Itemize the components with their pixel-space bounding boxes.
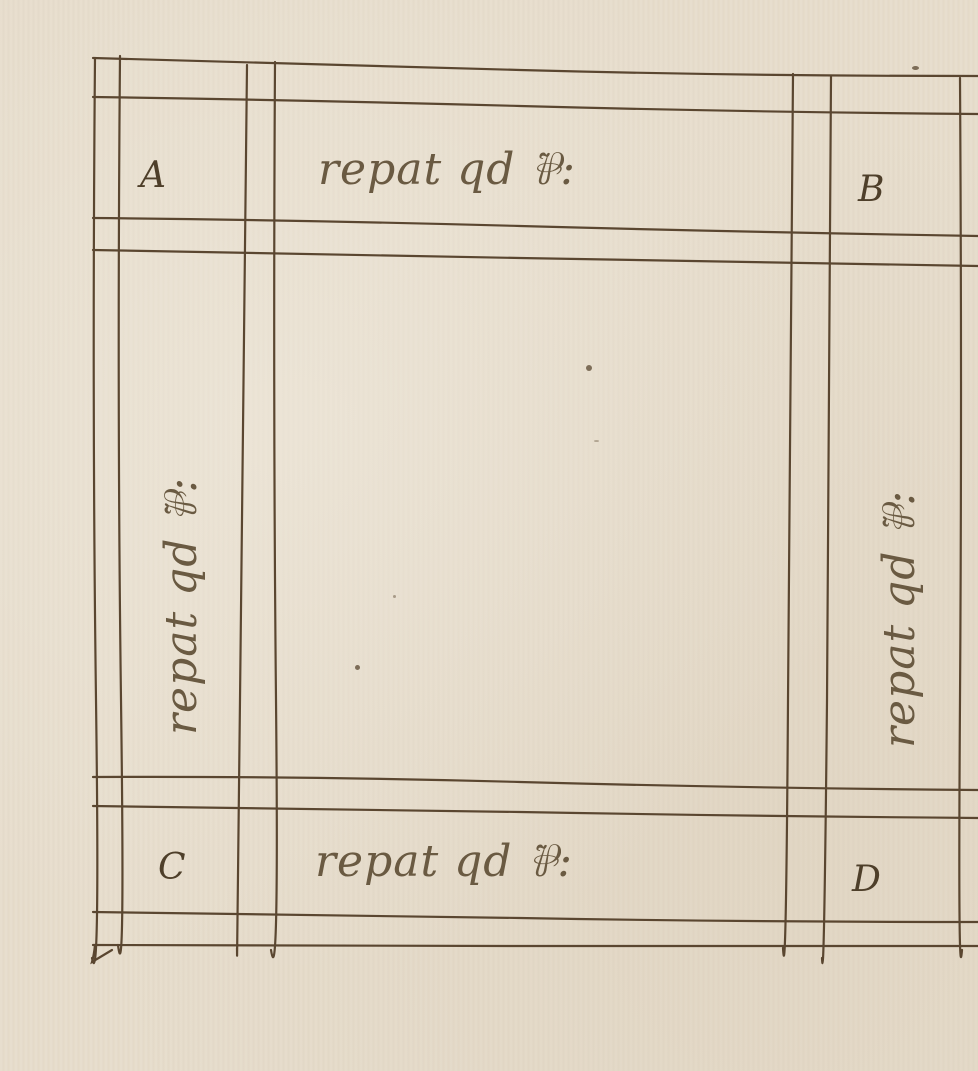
grid-line-h4 [93,250,978,266]
grid-line-v1 [92,58,97,963]
paper-speck [586,365,592,371]
grid-line-v4 [271,62,277,957]
grid-line-v5 [783,74,793,956]
paper-speck [355,665,360,670]
grid-line-v7 [959,78,962,957]
grid-line-v6 [822,76,831,963]
paper-speck [912,66,919,70]
cell-label-a: A [140,158,166,194]
annotation-bottom: repat qd ⅌: [315,840,573,884]
grid-line-h5 [93,777,978,790]
grid-line-h8 [93,945,978,946]
grid-line-h1 [93,58,978,76]
cell-label-b: B [858,172,884,208]
grid-line-h3 [93,218,978,236]
annotation-left: repat qd ⅌: [160,477,204,735]
grid-line-h2 [93,97,978,114]
annotation-right: repat qd ⅌: [878,490,922,748]
annotation-top: repat qd ⅌: [318,148,576,192]
grid-line-h6 [93,806,978,818]
cell-label-c: C [158,850,186,886]
paper-speck [594,440,599,442]
paper-speck [393,595,396,598]
cell-label-d: D [852,862,881,898]
grid-line-h7 [93,912,978,922]
grid-line-v2 [118,56,122,954]
grid-line-v3 [237,65,247,956]
